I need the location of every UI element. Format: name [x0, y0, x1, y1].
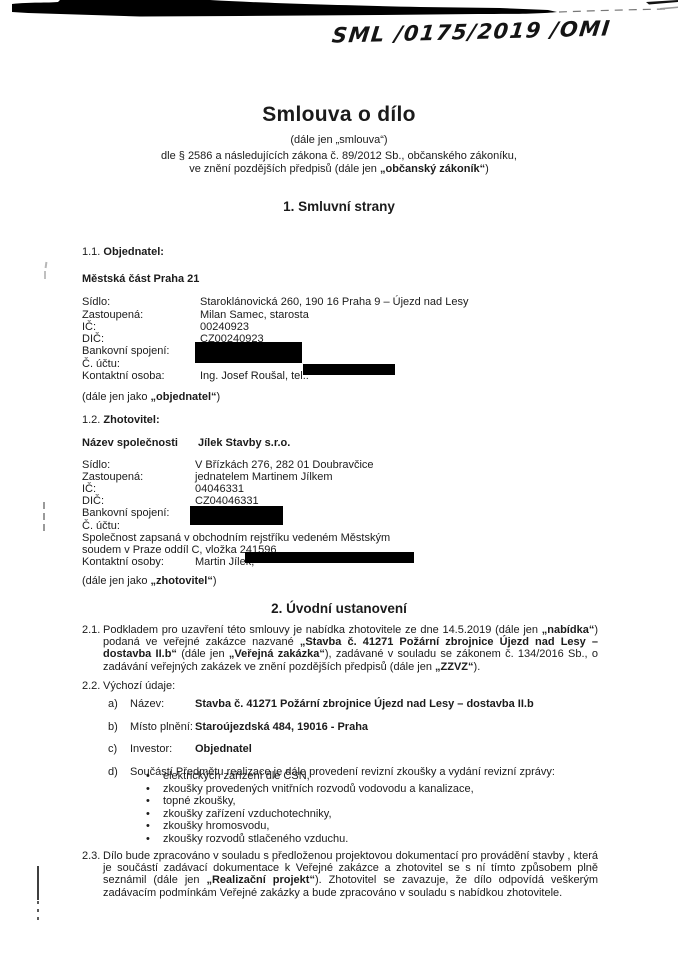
- field-label: Č. účtu:: [82, 520, 195, 532]
- field-value: jednatelem Martinem Jílkem: [195, 471, 598, 483]
- item-label: Investor:: [130, 743, 195, 755]
- contact-label: Kontaktní osoby:: [82, 556, 195, 568]
- clause-2-2: 2.2. Výchozí údaje:: [82, 680, 598, 692]
- redaction-bar-client-phone: [303, 364, 395, 375]
- field-value: V Břízkách 276, 282 01 Doubravčice: [195, 459, 598, 471]
- redaction-bar-client-bank: [195, 342, 302, 363]
- margin-artifact: [37, 901, 39, 925]
- field-row: IČ: 00240923: [82, 321, 598, 333]
- field-row: Bankovní spojení:: [82, 507, 598, 519]
- clause-number: 2.3.: [82, 850, 100, 862]
- field-label: IČ:: [82, 483, 195, 495]
- field-row: Sídlo: Staroklánovická 260, 190 16 Praha…: [82, 296, 598, 308]
- client-name: Městská část Praha 21: [82, 273, 598, 285]
- document-title: Smlouva o dílo: [0, 103, 678, 127]
- item-letter: a): [108, 698, 130, 710]
- redaction-bar-contractor-phone: [245, 552, 414, 563]
- item-letter: d): [108, 766, 130, 778]
- client-alias: (dále jen jako „objednatel“): [82, 391, 598, 403]
- field-row: Zastoupená: jednatelem Martinem Jílkem: [82, 471, 598, 483]
- document-subtitle: (dále jen „smlouva“): [0, 134, 678, 146]
- lettered-item: b) Místo plnění: Staroújezdská 484, 1901…: [108, 721, 588, 733]
- margin-artifact: [45, 262, 48, 268]
- bullet-text: topné zkoušky,: [163, 795, 236, 807]
- bullet-text: zkoušky provedených vnitřních rozvodů vo…: [163, 783, 474, 795]
- field-label: Bankovní spojení:: [82, 507, 195, 519]
- client-subheading: 1.1. Objednatel:: [82, 246, 598, 258]
- field-label: Zastoupená:: [82, 471, 195, 483]
- contractor-alias: (dále jen jako „zhotovitel“): [82, 575, 598, 587]
- field-row: Č. účtu:: [82, 520, 598, 532]
- party-client: 1.1. Objednatel: Městská část Praha 21 S…: [82, 246, 598, 404]
- inspection-bullets: elektrických zařízení dle ČSN, zkoušky p…: [145, 770, 585, 845]
- bullet-text: elektrických zařízení dle ČSN,: [163, 770, 310, 782]
- bullet-item: elektrických zařízení dle ČSN,: [145, 770, 585, 783]
- bullet-item: topné zkoušky,: [145, 795, 585, 808]
- bullet-item: zkoušky hromosvodu,: [145, 820, 585, 833]
- field-label: Sídlo:: [82, 459, 195, 471]
- clause-2-1: 2.1. Podkladem pro uzavření této smlouvy…: [82, 624, 598, 673]
- redaction-bar-contractor-bank: [190, 506, 283, 525]
- clause-text: Dílo bude zpracováno v souladu s předlož…: [103, 850, 598, 899]
- field-row: Bankovní spojení:: [82, 345, 598, 357]
- clause-number: 2.1.: [82, 624, 100, 636]
- margin-artifact: [43, 502, 45, 532]
- field-value: Staroklánovická 260, 190 16 Praha 9 – Új…: [200, 296, 598, 308]
- bullet-item: zkoušky provedených vnitřních rozvodů vo…: [145, 783, 585, 796]
- clause-2-3: 2.3. Dílo bude zpracováno v souladu s př…: [82, 850, 598, 899]
- section1-heading: 1. Smluvní strany: [0, 199, 678, 214]
- bullet-text: zkoušky zařízení vzduchotechniky,: [163, 808, 332, 820]
- section2-heading: 2. Úvodní ustanovení: [0, 601, 678, 616]
- margin-artifact: [44, 271, 46, 279]
- lettered-items: a) Název: Stavba č. 41271 Požární zbrojn…: [108, 698, 588, 755]
- clause-text: Výchozí údaje:: [103, 680, 598, 692]
- company-name-value: Jílek Stavby s.r.o.: [198, 437, 598, 449]
- legal-basis-line2: ve znění pozdějších předpisů (dále jen „…: [0, 163, 678, 176]
- contractor-field-rows: Sídlo: V Břízkách 276, 282 01 Doubravčic…: [82, 459, 598, 532]
- scanned-contract-page: SML /0175/2019 /OMI Smlouva o dílo (dále…: [0, 0, 678, 960]
- clause-number: 2.2.: [82, 680, 100, 692]
- lettered-item: c) Investor: Objednatel: [108, 743, 588, 755]
- field-value: 04046331: [195, 483, 598, 495]
- item-label: Místo plnění:: [130, 721, 195, 733]
- contractor-subheading: 1.2. Zhotovitel:: [82, 414, 598, 426]
- field-value: 00240923: [200, 321, 598, 333]
- clause-number: 1.2.: [82, 414, 100, 426]
- bullet-item: zkoušky rozvodů stlačeného vzduchu.: [145, 833, 585, 846]
- clause-number: 1.1.: [82, 246, 100, 258]
- item-letter: c): [108, 743, 130, 755]
- company-name-label: Název společnosti: [82, 437, 198, 449]
- legal-basis-line1: dle § 2586 a následujících zákona č. 89/…: [0, 150, 678, 163]
- item-value: Stavba č. 41271 Požární zbrojnice Újezd …: [195, 698, 588, 710]
- field-row: Zastoupená: Milan Samec, starosta: [82, 309, 598, 321]
- field-value: Milan Samec, starosta: [200, 309, 598, 321]
- registry-line1: Společnost zapsaná v obchodním rejstříku…: [82, 532, 598, 544]
- field-label: Kontaktní osoba:: [82, 370, 200, 382]
- bullet-text: zkoušky hromosvodu,: [163, 820, 269, 832]
- company-name-row: Název společnosti Jílek Stavby s.r.o.: [82, 437, 598, 449]
- field-label: Zastoupená:: [82, 309, 200, 321]
- field-label: IČ:: [82, 321, 200, 333]
- bullet-text: zkoušky rozvodů stlačeného vzduchu.: [163, 833, 348, 845]
- margin-artifact: [37, 866, 39, 900]
- field-row: IČ: 04046331: [82, 483, 598, 495]
- clause-text: Podkladem pro uzavření této smlouvy je n…: [103, 624, 598, 673]
- bullet-item: zkoušky zařízení vzduchotechniky,: [145, 808, 585, 821]
- item-value: Objednatel: [195, 743, 588, 755]
- item-value: Staroújezdská 484, 19016 - Praha: [195, 721, 588, 733]
- field-row: DIČ: CZ04046331: [82, 495, 598, 507]
- lettered-item: a) Název: Stavba č. 41271 Požární zbrojn…: [108, 698, 588, 710]
- client-label: Objednatel:: [103, 246, 164, 258]
- item-label: Název:: [130, 698, 195, 710]
- field-label: Bankovní spojení:: [82, 345, 200, 357]
- field-label: DIČ:: [82, 333, 200, 345]
- field-row: Sídlo: V Břízkách 276, 282 01 Doubravčic…: [82, 459, 598, 471]
- field-label: DIČ:: [82, 495, 195, 507]
- field-label: Sídlo:: [82, 296, 200, 308]
- field-label: Č. účtu:: [82, 358, 200, 370]
- contractor-label: Zhotovitel:: [103, 414, 159, 426]
- item-letter: b): [108, 721, 130, 733]
- field-value: Ing. Josef Roušal, tel.:: [200, 370, 598, 382]
- field-row: DIČ: CZ00240923: [82, 333, 598, 345]
